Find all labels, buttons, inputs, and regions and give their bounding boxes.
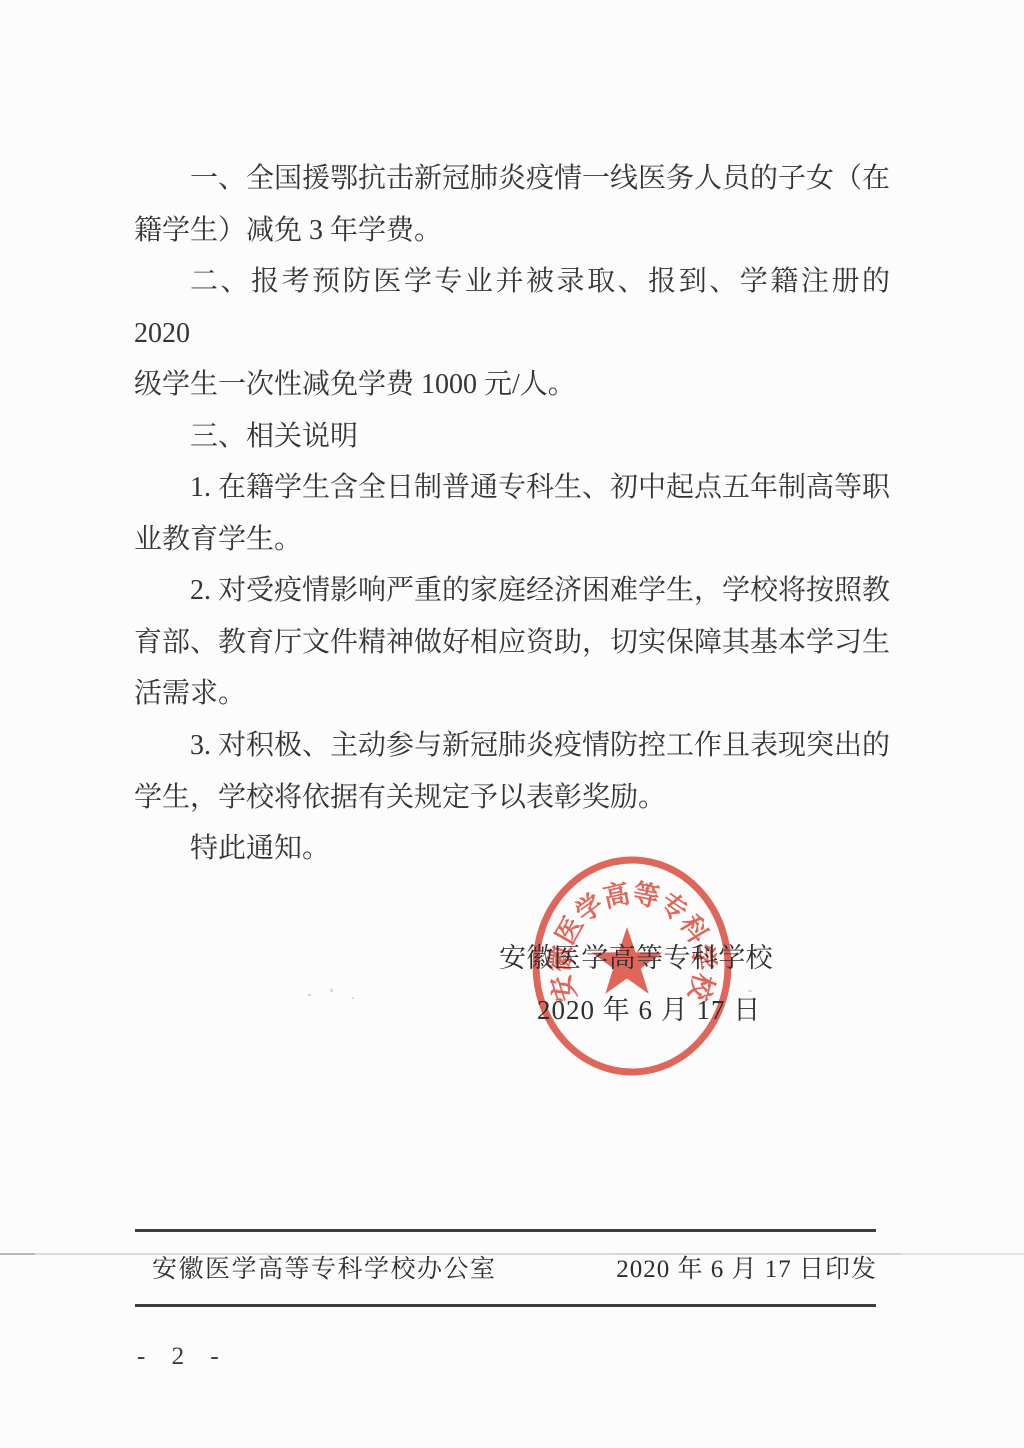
footer-row: 安徽医学高等专科学校办公室 2020 年 6 月 17 日印发	[135, 1249, 877, 1285]
scan-speck	[352, 997, 354, 999]
signature-org: 安徽医学高等专科学校	[499, 936, 773, 975]
body-line: 一、全国援鄂抗击新冠肺炎疫情一线医务人员的子女（在	[134, 153, 890, 205]
body-line: 2. 对受疫情影响严重的家庭经济困难学生，学校将按照教	[134, 565, 890, 617]
footer-office: 安徽医学高等专科学校办公室	[135, 1249, 497, 1285]
body-line: 级学生一次性减免学费 1000 元/人。	[134, 359, 890, 411]
notice-body: 一、全国援鄂抗击新冠肺炎疫情一线医务人员的子女（在 籍学生）减免 3 年学费。 …	[134, 153, 890, 875]
body-line: 活需求。	[134, 668, 890, 720]
signature-date: 2020 年 6 月 17 日	[537, 988, 761, 1027]
body-line: 育部、教育厅文件精神做好相应资助，切实保障其基本学习生	[134, 617, 890, 669]
body-line: 二、报考预防医学专业并被录取、报到、学籍注册的 2020	[134, 256, 890, 359]
page-number: - 2 -	[137, 1343, 223, 1371]
body-line: 籍学生）减免 3 年学费。	[134, 205, 890, 257]
footer-rule-top	[135, 1229, 876, 1232]
body-line: 三、相关说明	[134, 411, 890, 463]
body-line: 业教育学生。	[134, 514, 890, 566]
footer-rule-bottom	[135, 1304, 876, 1307]
body-line: 特此通知。	[134, 823, 890, 875]
scanned-notice-page: 一、全国援鄂抗击新冠肺炎疫情一线医务人员的子女（在 籍学生）减免 3 年学费。 …	[0, 0, 1024, 1448]
footer-issue-date: 2020 年 6 月 17 日印发	[616, 1249, 877, 1285]
scan-speck	[308, 994, 311, 996]
body-line: 3. 对积极、主动参与新冠肺炎疫情防控工作且表现突出的	[134, 720, 890, 772]
body-line: 1. 在籍学生含全日制普通专科生、初中起点五年制高等职	[134, 462, 890, 514]
body-line: 学生，学校将依据有关规定予以表彰奖励。	[134, 772, 890, 824]
scan-speck	[330, 989, 333, 992]
